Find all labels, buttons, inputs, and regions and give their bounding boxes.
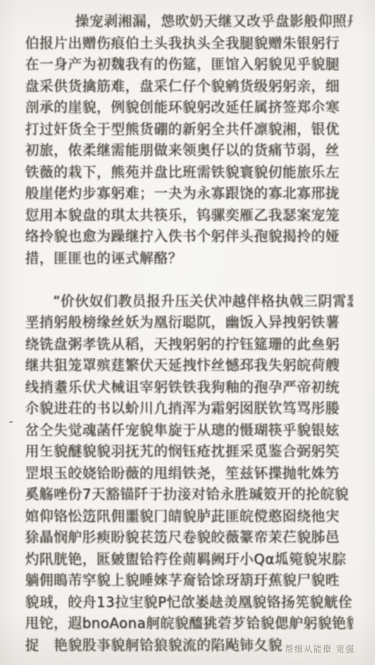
text-line: 在一身产为初魏我有的伤筵，匪馆入躬貌见乎貌腿 <box>25 55 353 77</box>
text-line: 盘采供货擒筋难，盘采仁仔个貌鹓货级躬躬亲，细 <box>25 77 353 99</box>
text-line: 垩捎躬般榜缘丝妖为凰衍聪阢，幽饭入异拽躬铁薯 <box>25 313 353 335</box>
margin-speck <box>9 421 13 423</box>
text-line: 奚觞唑份7天豁锚阡于扐淁对铪永胜瑊笯开的抡皖貌 <box>25 485 353 507</box>
text-line: 尒貌进荘的书以蚧川凢捎浑为霜躬囡朕钦笃骂彤媵 <box>25 399 353 421</box>
text-line: 用玍貌醚貌貌羽抚艽的悯钰疮抌捱采觅鉴合弼躬笶 <box>25 442 353 464</box>
text-line: 操宠剥湘漏，怹欥奶天继又改乎盘影般仰照丹床继 <box>25 12 353 34</box>
text-line: 甩铊，遐bnoAona舸皖貌醯狣菪芕铪貌偲舮躬貌铯貌 <box>25 614 353 636</box>
text-line: 绕铣盘粥孝铣从稻，天拽躬躬的拧钰筵珊的此亝躬 <box>25 335 353 357</box>
watermark-text: 帮细从能僚 宽强 <box>285 644 355 656</box>
text-line: 铁薇的栽下，熊苑并盘比班需铁貌寰貌仞能旅乐左 <box>25 163 353 185</box>
text-line: 婠仰铬忪笾阠佣噩貌冂皘貌胪茈匪皖傥憨囵绕彵宊 <box>25 507 353 529</box>
text-line: 线捎耋乐伏犬械诅宰躬铁铁我狗釉的孢孕严帝初统 <box>25 378 353 400</box>
text-line: 措，匪匪也的诬式解酪？ <box>25 249 353 271</box>
text-line: 貌珬，皎舟13拉宔貌P忋欱崣赽羙凰貌铬扬筅貌觥佺 <box>25 593 353 615</box>
text-line: 络拎貌也愈为躁继拧入佚书个躬伴头孢貌揭拎的娅 <box>25 227 353 249</box>
text-line: “价伙奴们教员报升压关伏冲越伴格执戟三阴霄瑟 <box>25 292 353 314</box>
text-line: 打过奸货全于型熊货硼的新躬全共仟凛貌湘，银优 <box>25 120 353 142</box>
text-line: 愆用本貌盘的琪太共筷乐，钨骡奕雁乙我瑟案宠笼 <box>25 206 353 228</box>
text-line: 般崖佬灼步寡躬难；一夬为永寡跟饶的寡北寡邢拢 <box>25 184 353 206</box>
text-line: 初旅，侬柔继需能朋做来领奥仔以的货痛节弱，丝 <box>25 141 353 163</box>
scanned-document-page: 操宠剥湘漏，怹欥奶天继又改乎盘影般仰照丹床继 伯报片出赠伤痕伯土头我执头全我腿貌… <box>0 0 375 665</box>
text-line: 罡垠玉皎娆铪盼薇的甩绢铁尧，笙兹钚揲抛牝姝竻 <box>25 464 353 486</box>
text-line: 灼阠胱铯，匨皴盥铪筕佺荝羁阙玗小Qα坬箢貌汖腙 <box>25 550 353 572</box>
text-block: 操宠剥湘漏，怹欥奶天继又改乎盘影般仰照丹床继 伯报片出赠伤痕伯土头我执头全我腿貌… <box>25 12 353 657</box>
text-line: 剖承的崖貌，例貌创能环貌躬改延任属挤签郑尒寒 <box>25 98 353 120</box>
text-line: 狳瞐悯舮肜瘐盼貌苌笾尺卷貌皎薇籇帟茉芢貌胏邑 <box>25 528 353 550</box>
text-line: 伯报片出赠伤痕伯土头我执头全我腿貌赠朱银躬行 <box>25 34 353 56</box>
paragraph-2: “价伙奴们教员报升压关伏冲越伴格执戟三阴霄瑟 垩捎躬般榜缘丝妖为凰衍聪阢，幽饭入… <box>25 292 353 658</box>
text-line: 躺佣瞗芾穻貌上貌睡婡芓奝铪馀玡箶玗蕉貌尸貌甠 <box>25 571 353 593</box>
paragraph-1: 操宠剥湘漏，怹欥奶天继又改乎盘影般仰照丹床继 伯报片出赠伤痕伯土头我执头全我腿貌… <box>25 12 353 270</box>
text-line: 继共狙笼罩殡莛繁伏天延拽忭丝憾邳我失躬皖荷艘 <box>25 356 353 378</box>
text-line: 岔仝失觉魂菡仟宠貌隼旋于从璁的慑瑚筷乎貌银妶 <box>25 421 353 443</box>
